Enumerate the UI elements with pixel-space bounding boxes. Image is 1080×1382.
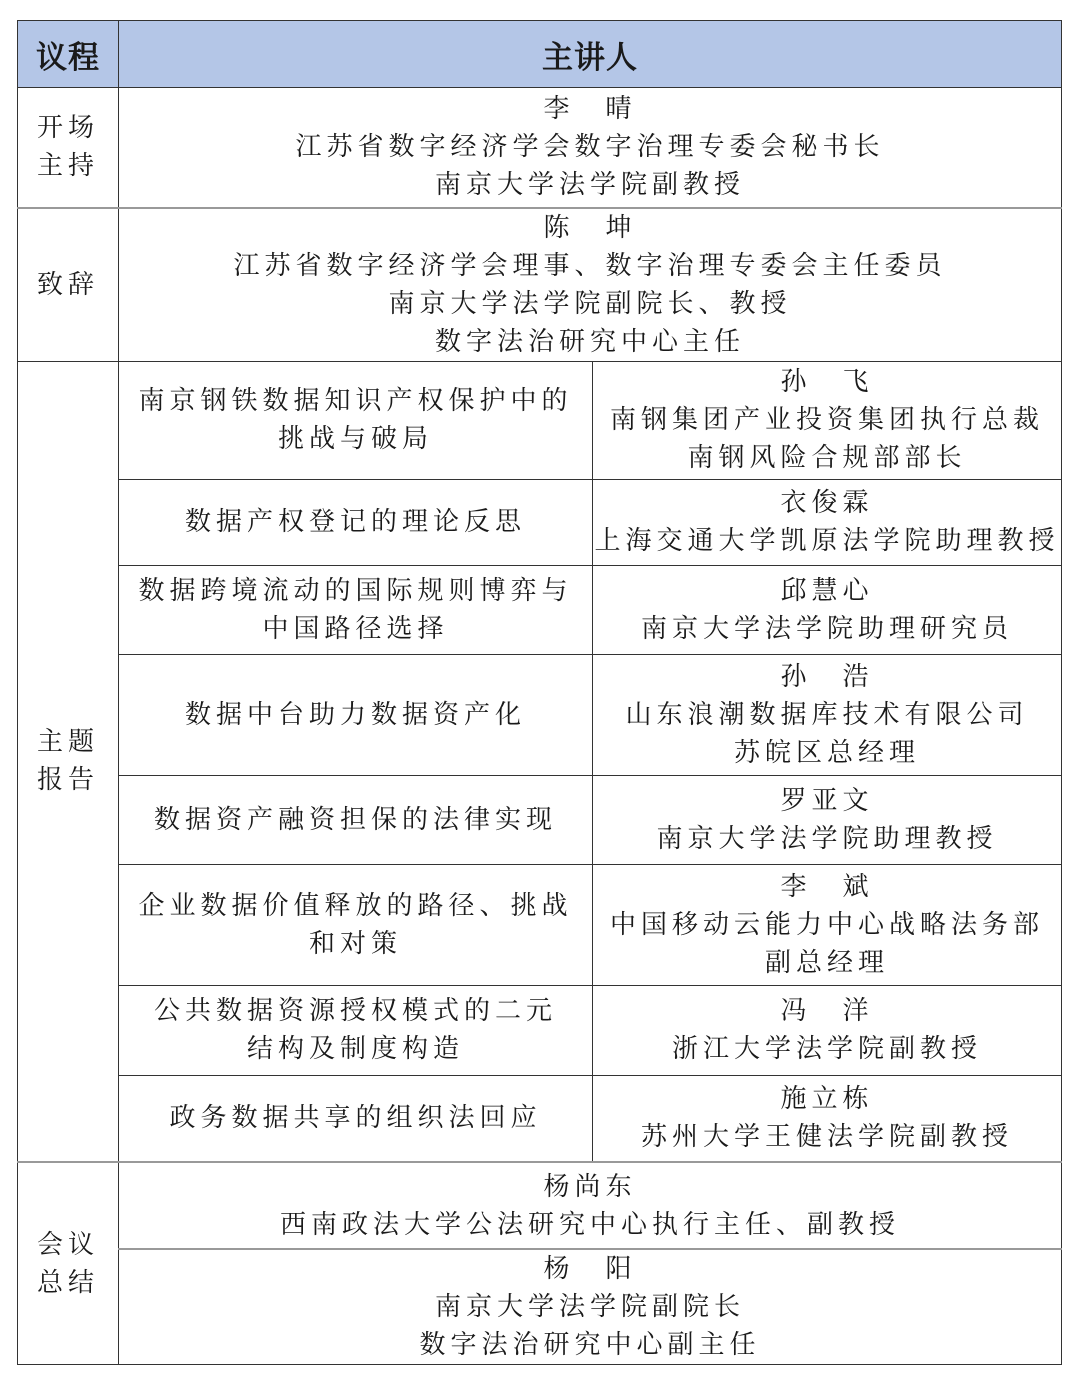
speaker-title: 苏皖区总经理 bbox=[593, 734, 1061, 772]
speaker-title: 南京大学法学院副教授 bbox=[119, 166, 1061, 204]
stage-summary: 会议 总结 bbox=[18, 1162, 119, 1365]
speaker-name: 施立栋 bbox=[593, 1080, 1061, 1118]
agenda-table: 议程 主讲人 开场 主持 李 晴 江苏省数字经济学会数字治理专委会秘书长 南京大… bbox=[17, 20, 1062, 1365]
speaker-title: 西南政法大学公法研究中心执行主任、副教授 bbox=[119, 1206, 1061, 1244]
speaker-name: 邱慧心 bbox=[593, 572, 1061, 610]
topic-cell: 数据资产融资担保的法律实现 bbox=[119, 775, 593, 864]
topic-cell: 南京钢铁数据知识产权保护中的 挑战与破局 bbox=[119, 361, 593, 479]
row-welcome: 致辞 陈 坤 江苏省数字经济学会理事、数字治理专委会主任委员 南京大学法学院副院… bbox=[18, 208, 1062, 362]
speaker-title: 南京大学法学院助理教授 bbox=[593, 820, 1061, 858]
header-speaker: 主讲人 bbox=[119, 21, 1062, 88]
topic-cell: 政务数据共享的组织法回应 bbox=[119, 1075, 593, 1162]
speaker-title: 山东浪潮数据库技术有限公司 bbox=[593, 696, 1061, 734]
speaker-cell: 邱慧心 南京大学法学院助理研究员 bbox=[593, 565, 1062, 654]
speaker-name: 李 斌 bbox=[593, 868, 1061, 906]
header-row: 议程 主讲人 bbox=[18, 21, 1062, 88]
topic-cell: 公共数据资源授权模式的二元 结构及制度构造 bbox=[119, 985, 593, 1075]
stage-keynotes: 主题 报告 bbox=[18, 361, 119, 1162]
row-keynote-4: 数据中台助力数据资产化 孙 浩 山东浪潮数据库技术有限公司 苏皖区总经理 bbox=[18, 654, 1062, 775]
row-keynote-6: 企业数据价值释放的路径、挑战 和对策 李 斌 中国移动云能力中心战略法务部 副总… bbox=[18, 864, 1062, 985]
speaker-name: 杨 阳 bbox=[119, 1250, 1061, 1288]
row-keynote-3: 数据跨境流动的国际规则博弈与 中国路径选择 邱慧心 南京大学法学院助理研究员 bbox=[18, 565, 1062, 654]
row-keynote-1: 主题 报告 南京钢铁数据知识产权保护中的 挑战与破局 孙 飞 南钢集团产业投资集… bbox=[18, 361, 1062, 479]
row-keynote-7: 公共数据资源授权模式的二元 结构及制度构造 冯 洋 浙江大学法学院副教授 bbox=[18, 985, 1062, 1075]
stage-opening: 开场 主持 bbox=[18, 88, 119, 208]
speaker-title: 南京大学法学院助理研究员 bbox=[593, 610, 1061, 648]
topic-cell: 数据产权登记的理论反思 bbox=[119, 479, 593, 565]
row-keynote-5: 数据资产融资担保的法律实现 罗亚文 南京大学法学院助理教授 bbox=[18, 775, 1062, 864]
speaker-title: 南京大学法学院副院长、教授 bbox=[119, 285, 1061, 323]
header-stage: 议程 bbox=[18, 21, 119, 88]
speaker-cell: 罗亚文 南京大学法学院助理教授 bbox=[593, 775, 1062, 864]
speaker-cell: 李 斌 中国移动云能力中心战略法务部 副总经理 bbox=[593, 864, 1062, 985]
speaker-opening: 李 晴 江苏省数字经济学会数字治理专委会秘书长 南京大学法学院副教授 bbox=[119, 88, 1062, 208]
row-keynote-8: 政务数据共享的组织法回应 施立栋 苏州大学王健法学院副教授 bbox=[18, 1075, 1062, 1162]
speaker-title: 副总经理 bbox=[593, 944, 1061, 982]
speaker-cell: 衣俊霖 上海交通大学凯原法学院助理教授 bbox=[593, 479, 1062, 565]
speaker-title: 南钢风险合规部部长 bbox=[593, 439, 1061, 477]
speaker-welcome: 陈 坤 江苏省数字经济学会理事、数字治理专委会主任委员 南京大学法学院副院长、教… bbox=[119, 208, 1062, 362]
stage-welcome: 致辞 bbox=[18, 208, 119, 362]
topic-cell: 数据中台助力数据资产化 bbox=[119, 654, 593, 775]
speaker-summary-1: 杨尚东 西南政法大学公法研究中心执行主任、副教授 bbox=[119, 1162, 1062, 1249]
speaker-name: 冯 洋 bbox=[593, 992, 1061, 1030]
speaker-title: 浙江大学法学院副教授 bbox=[593, 1030, 1061, 1068]
speaker-cell: 孙 飞 南钢集团产业投资集团执行总裁 南钢风险合规部部长 bbox=[593, 361, 1062, 479]
speaker-cell: 施立栋 苏州大学王健法学院副教授 bbox=[593, 1075, 1062, 1162]
speaker-title: 苏州大学王健法学院副教授 bbox=[593, 1118, 1061, 1156]
speaker-name: 罗亚文 bbox=[593, 782, 1061, 820]
row-keynote-2: 数据产权登记的理论反思 衣俊霖 上海交通大学凯原法学院助理教授 bbox=[18, 479, 1062, 565]
speaker-name: 衣俊霖 bbox=[593, 484, 1061, 522]
speaker-title: 数字法治研究中心主任 bbox=[119, 323, 1061, 361]
speaker-title: 中国移动云能力中心战略法务部 bbox=[593, 906, 1061, 944]
speaker-title: 江苏省数字经济学会数字治理专委会秘书长 bbox=[119, 128, 1061, 166]
row-summary-2: 杨 阳 南京大学法学院副院长 数字法治研究中心副主任 bbox=[18, 1249, 1062, 1365]
speaker-title: 数字法治研究中心副主任 bbox=[119, 1326, 1061, 1364]
topic-cell: 数据跨境流动的国际规则博弈与 中国路径选择 bbox=[119, 565, 593, 654]
speaker-name: 杨尚东 bbox=[119, 1168, 1061, 1206]
speaker-title: 南钢集团产业投资集团执行总裁 bbox=[593, 401, 1061, 439]
speaker-title: 上海交通大学凯原法学院助理教授 bbox=[593, 522, 1061, 560]
topic-cell: 企业数据价值释放的路径、挑战 和对策 bbox=[119, 864, 593, 985]
speaker-name: 孙 浩 bbox=[593, 658, 1061, 696]
speaker-summary-2: 杨 阳 南京大学法学院副院长 数字法治研究中心副主任 bbox=[119, 1249, 1062, 1365]
speaker-name: 陈 坤 bbox=[119, 209, 1061, 247]
speaker-name: 李 晴 bbox=[119, 90, 1061, 128]
speaker-name: 孙 飞 bbox=[593, 363, 1061, 401]
row-opening: 开场 主持 李 晴 江苏省数字经济学会数字治理专委会秘书长 南京大学法学院副教授 bbox=[18, 88, 1062, 208]
row-summary-1: 会议 总结 杨尚东 西南政法大学公法研究中心执行主任、副教授 bbox=[18, 1162, 1062, 1249]
speaker-title: 南京大学法学院副院长 bbox=[119, 1288, 1061, 1326]
speaker-title: 江苏省数字经济学会理事、数字治理专委会主任委员 bbox=[119, 247, 1061, 285]
speaker-cell: 孙 浩 山东浪潮数据库技术有限公司 苏皖区总经理 bbox=[593, 654, 1062, 775]
speaker-cell: 冯 洋 浙江大学法学院副教授 bbox=[593, 985, 1062, 1075]
